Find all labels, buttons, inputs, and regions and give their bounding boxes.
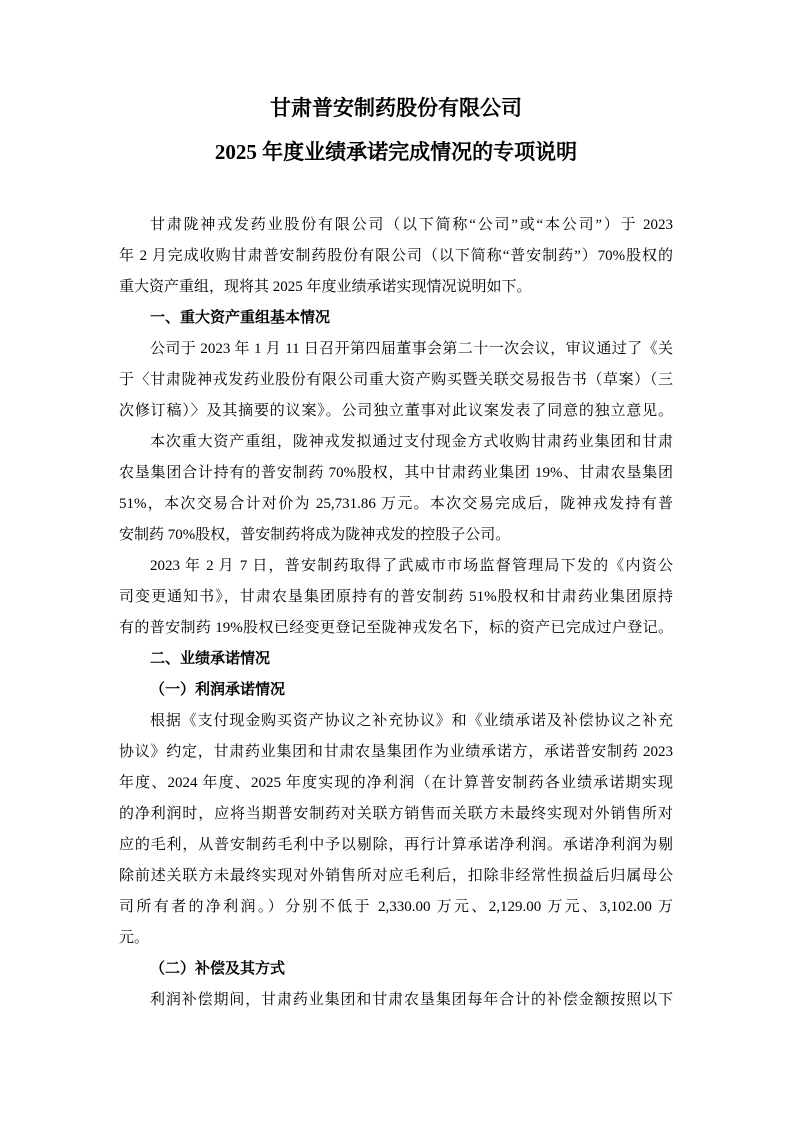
paragraph-line: 根据《支付现金购买资产协议之补充协议》和《业绩承诺及补偿协议之补充 <box>119 706 673 737</box>
paragraph-line: 次修订稿）〉及其摘要的议案》。公司独立董事对此议案发表了同意的独立意见。 <box>119 396 673 427</box>
paragraph-line: 51%，本次交易合计对价为 25,731.86 万元。本次交易完成后，陇神戎发持… <box>119 489 673 520</box>
paragraph-line: 有的普安制药 19%股权已经变更登记至陇神戎发名下，标的资产已完成过户登记。 <box>119 613 673 644</box>
document-title: 甘肃普安制药股份有限公司 2025 年度业绩承诺完成情况的专项说明 <box>119 86 673 174</box>
paragraph-line: 除前述关联方未最终实现对外销售所对应毛利后，扣除非经常性损益后归属母公 <box>119 861 673 892</box>
section-heading: （一）利润承诺情况 <box>119 675 673 706</box>
paragraph-line: 的净利润时，应将当期普安制药对关联方销售而关联方未最终实现对外销售所对 <box>119 799 673 830</box>
paragraph-line: 司变更通知书》，甘肃农垦集团原持有的普安制药 51%股权和甘肃药业集团原持 <box>119 582 673 613</box>
paragraph-line: 年 2 月完成收购甘肃普安制药股份有限公司（以下简称“普安制药”）70%股权的 <box>119 241 673 272</box>
paragraph-line: 甘肃陇神戎发药业股份有限公司（以下简称“公司”或“本公司”）于 2023 <box>119 210 673 241</box>
paragraph-line: 利润补偿期间，甘肃药业集团和甘肃农垦集团每年合计的补偿金额按照以下 <box>119 985 673 1016</box>
paragraph-line: 司所有者的净利润。）分别不低于 2,330.00 万元、2,129.00 万元、… <box>119 892 673 923</box>
paragraph-line: 应的毛利，从普安制药毛利中予以剔除，再行计算承诺净利润。承诺净利润为剔 <box>119 830 673 861</box>
doc-title-line-1: 甘肃普安制药股份有限公司 <box>119 86 673 130</box>
paragraph-line: 2023 年 2 月 7 日，普安制药取得了武威市市场监督管理局下发的《内资公 <box>119 551 673 582</box>
paragraph-line: 重大资产重组，现将其 2025 年度业绩承诺实现情况说明如下。 <box>119 272 673 303</box>
document-content: 甘肃普安制药股份有限公司 2025 年度业绩承诺完成情况的专项说明 甘肃陇神戎发… <box>119 0 673 1016</box>
section-heading: （二）补偿及其方式 <box>119 954 673 985</box>
section-heading: 一、重大资产重组基本情况 <box>119 303 673 334</box>
paragraph-line: 农垦集团合计持有的普安制药 70%股权，其中甘肃药业集团 19%、甘肃农垦集团 <box>119 458 673 489</box>
paragraph-line: 年度、2024 年度、2025 年度实现的净利润（在计算普安制药各业绩承诺期实现 <box>119 768 673 799</box>
document-body: 甘肃陇神戎发药业股份有限公司（以下简称“公司”或“本公司”）于 2023 年 2… <box>119 210 673 1016</box>
paragraph-line: 于〈甘肃陇神戎发药业股份有限公司重大资产购买暨关联交易报告书（草案）（三 <box>119 365 673 396</box>
paragraph-line: 协议》约定，甘肃药业集团和甘肃农垦集团作为业绩承诺方，承诺普安制药 2023 <box>119 737 673 768</box>
section-heading: 二、业绩承诺情况 <box>119 644 673 675</box>
paragraph-line: 公司于 2023 年 1 月 11 日召开第四届董事会第二十一次会议，审议通过了… <box>119 334 673 365</box>
paragraph-line: 元。 <box>119 923 673 954</box>
doc-title-line-2: 2025 年度业绩承诺完成情况的专项说明 <box>119 130 673 174</box>
document-page: 甘肃普安制药股份有限公司 2025 年度业绩承诺完成情况的专项说明 甘肃陇神戎发… <box>0 0 793 1122</box>
paragraph-line: 本次重大资产重组，陇神戎发拟通过支付现金方式收购甘肃药业集团和甘肃 <box>119 427 673 458</box>
paragraph-line: 安制药 70%股权，普安制药将成为陇神戎发的控股子公司。 <box>119 520 673 551</box>
